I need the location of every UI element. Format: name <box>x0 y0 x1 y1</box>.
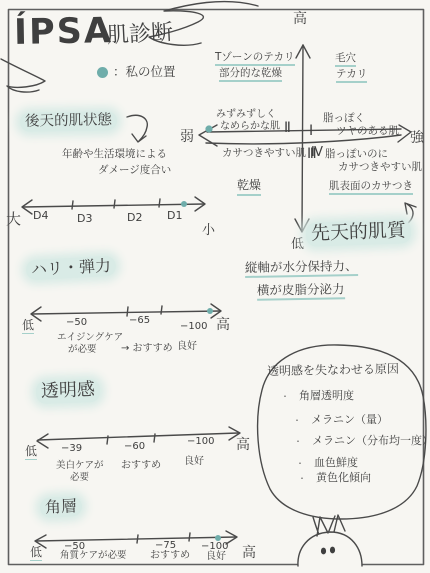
stratum-tick1-caption1: 角質ケアが必要 <box>60 551 127 562</box>
firmness-tick1-caption1: エイジングケア <box>57 333 123 344</box>
q3-label-line1: 脂っぽいのに <box>325 148 388 160</box>
bubble-item: ・ 血色鮮度 <box>296 457 358 470</box>
firmness-tick1-caption2: が必要 <box>68 345 97 356</box>
q1-label-line1: 脂っぽく <box>323 112 365 124</box>
q4-label: カサつきやすい肌 <box>222 147 306 159</box>
clarity-tick3: −100 <box>187 436 214 448</box>
bubble-item-label: メラニン（分布均一度） <box>312 435 430 448</box>
quadrant-note-pores: 毛穴 <box>335 52 356 67</box>
q2-label-line1: みずみずしく <box>216 109 276 121</box>
bullet-icon: ・ <box>296 459 304 468</box>
bubble-title: 透明感を失なわせる原因 <box>267 363 399 379</box>
clarity-tick1: −39 <box>61 443 82 455</box>
bullet-icon: ・ <box>281 392 289 401</box>
cat-eye-left <box>321 548 326 555</box>
acquired-section-title: 後天的肌状態 <box>20 111 117 131</box>
stratum-low-label: 低 <box>30 546 42 561</box>
cat-eye-right <box>330 547 335 554</box>
stratum-high-label: 高 <box>242 545 256 561</box>
firmness-tick3: −100 <box>180 321 207 333</box>
quadrant-bottom-label: 低 <box>291 238 304 253</box>
bubble-item-label: メラニン（量） <box>311 414 388 427</box>
page-title: 肌診断 <box>106 20 173 49</box>
bubble-item: ・ 角層透明度 <box>281 390 354 403</box>
bubble-item-label: 角層透明度 <box>299 390 354 403</box>
cat-character <box>298 515 362 566</box>
innate-section-title: 先天的肌質 <box>306 219 412 246</box>
my-position-markers <box>181 125 221 541</box>
firmness-tick2-caption: → おすすめ <box>121 343 173 355</box>
bullet-icon: ・ <box>294 437 302 446</box>
handwritten-note-page: ÍPSA 肌診断 ：私の位置 後天的肌状態 年齢や生活環境による ダメージ度合い… <box>0 0 430 573</box>
bullet-icon: ・ <box>293 416 301 425</box>
stratum-section-title: 角層 <box>39 496 82 519</box>
clarity-section-title: 透明感 <box>36 379 101 404</box>
quadrant-left-label: 弱 <box>180 129 194 145</box>
decorative-squiggle-left <box>1 59 45 92</box>
firmness-tick1: −50 <box>66 317 87 329</box>
firmness-high-label: 高 <box>216 317 230 333</box>
axis-note-line2: 横が皮脂分泌力 <box>257 282 345 301</box>
my-position-marker-quadrant <box>205 125 212 132</box>
damage-scale-right-label: 小 <box>202 224 215 239</box>
firmness-scale-line <box>31 304 221 321</box>
brand-logo: ÍPSA <box>14 11 114 53</box>
quadrant-note-surface-roughness: 肌表面のカサつき <box>329 180 413 195</box>
bubble-item-label: 血色鮮度 <box>314 457 358 470</box>
legend: ：私の位置 <box>97 65 176 79</box>
quadrant-top-label: 高 <box>293 11 307 27</box>
my-position-marker-firmness <box>207 308 213 314</box>
clarity-low-label: 低 <box>25 445 37 460</box>
my-position-dot-icon <box>97 67 108 78</box>
q2-numeral: Ⅱ <box>284 120 291 136</box>
acquired-note-line2: ダメージ度合い <box>98 164 171 176</box>
legend-label: ：私の位置 <box>113 65 176 79</box>
q1-label-line2: ツヤのある肌 <box>336 125 399 137</box>
damage-tick-d1: D1 <box>167 210 182 223</box>
bubble-item: ・ 黄色化傾向 <box>298 472 371 485</box>
clarity-tick2-caption: おすすめ <box>121 460 161 472</box>
bubble-item: ・ メラニン（分布均一度） <box>294 435 430 448</box>
axis-note-line1: 縦軸が水分保持力、 <box>245 259 358 278</box>
stratum-tick2-caption: おすすめ <box>150 550 190 562</box>
line-art <box>0 0 430 573</box>
quadrant-note-partial-dry: 部分的な乾燥 <box>219 67 282 82</box>
q2-label-line2: なめらかな肌 <box>220 121 280 133</box>
damage-tick-d4: D4 <box>33 210 48 223</box>
clarity-tick2: −60 <box>124 441 145 453</box>
quadrant-right-label: 強 <box>410 130 424 146</box>
q1-numeral: Ⅰ <box>309 123 313 139</box>
q3-numeral: Ⅲ <box>307 146 317 162</box>
firmness-tick3-caption: 良好 <box>177 341 197 353</box>
quadrant-note-tzone: Tゾーンのテカリ <box>215 51 295 66</box>
acquired-curved-arrow <box>127 115 147 142</box>
quadrant-vertical-axis <box>295 45 310 232</box>
firmness-tick2: −65 <box>129 315 150 327</box>
quadrant-note-dryness: 乾燥 <box>237 179 261 196</box>
clarity-high-label: 高 <box>236 437 250 453</box>
bubble-item-label: 黄色化傾向 <box>316 472 371 485</box>
q3-label-line2: カサつきやすい肌 <box>338 161 422 173</box>
acquired-note-line1: 年齢や生活環境による <box>62 148 167 160</box>
quadrant-note-shine: テカリ <box>336 68 367 83</box>
my-position-marker-damage <box>181 201 187 207</box>
firmness-low-label: 低 <box>22 319 34 334</box>
bubble-item: ・ メラニン（量） <box>293 414 388 427</box>
bullet-icon: ・ <box>298 474 306 483</box>
clarity-tick1-caption2: 必要 <box>70 473 89 484</box>
clarity-tick1-caption1: 美白ケアが <box>56 461 104 472</box>
damage-scale-left-label: 大 <box>6 211 21 228</box>
clarity-tick3-caption: 良好 <box>184 456 204 468</box>
stratum-tick3-caption: 良好 <box>206 551 226 563</box>
damage-tick-d2: D2 <box>127 212 142 225</box>
damage-tick-d3: D3 <box>77 213 92 226</box>
